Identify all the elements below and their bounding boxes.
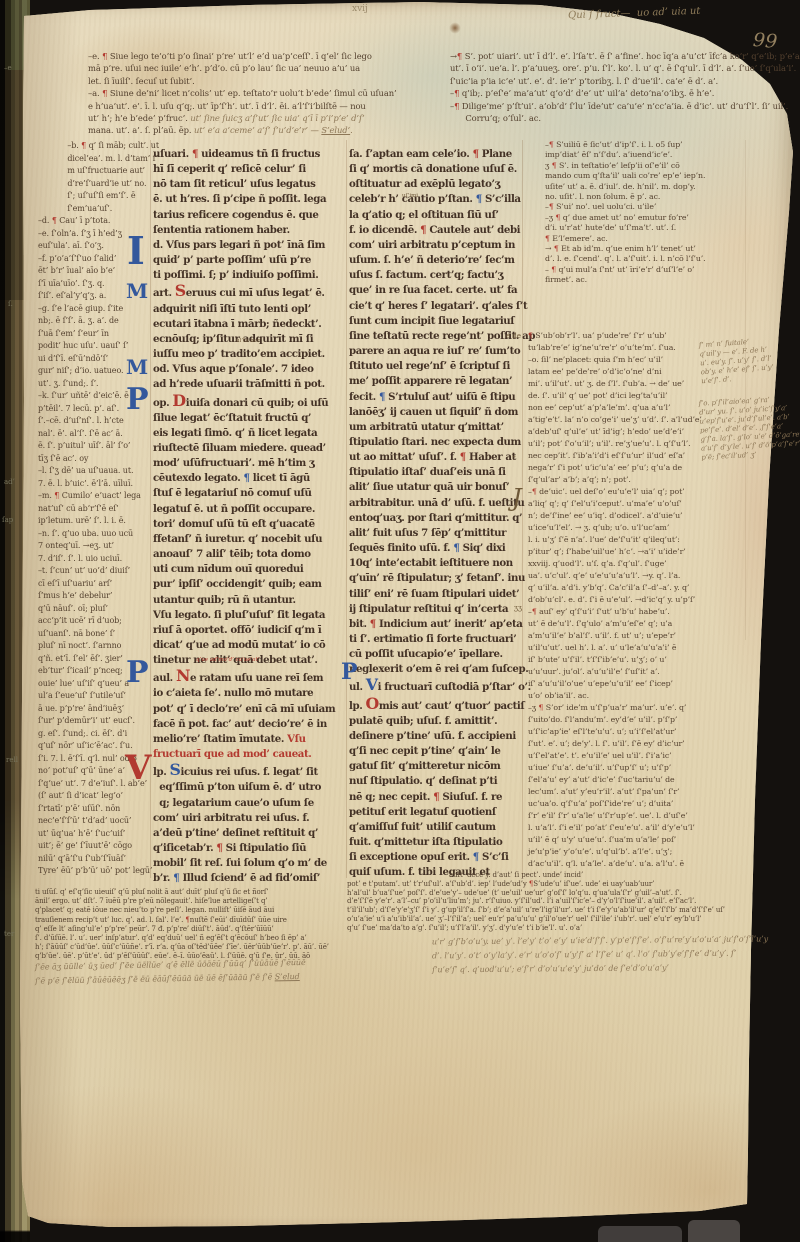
text-line: u’o’ ob’ia’il’. ac. bbox=[528, 690, 746, 702]
margin-mark-dash: – bbox=[512, 452, 516, 461]
text-line: oſtituatur ad exēplū legato’ʒ bbox=[349, 177, 521, 192]
text-line: u’ſ’el’at’e’. t’. e’u’il’e’ uel u’il’. ſ… bbox=[528, 750, 746, 762]
text-line: u’ice’u’l’el’. → ʒ. q’ub; u’o. u’l’uc’am… bbox=[528, 522, 746, 534]
text-line: q; legatarium caue’o uſum ſe bbox=[153, 796, 348, 811]
margin-mark-z: ʒʒ bbox=[514, 604, 522, 612]
text-line: nilū’ q’ā’ſ’u ſ’ub’ſ’īuāſ’ bbox=[38, 853, 154, 866]
text-line: je’u’p’ie’ y’o’u’e’. u’q’ul’b’. a’l’e’. … bbox=[528, 846, 746, 858]
text-line: uſus ſ. factum. cert’q; factu’ʒ bbox=[349, 268, 521, 283]
text-line: tarius reficere cogendus ē. que bbox=[153, 208, 348, 223]
text-line: –¶ S’uiliū ē ſic’ut’ d’ip’ſ’. i. l. o5 ſ… bbox=[545, 140, 747, 150]
text-line: melio’re’ ſtatim īmutate. Vſu bbox=[153, 732, 348, 747]
text-line: ſ’uic’ia p’ia ic’e’ ut’. e’. d’. ie’r’ p… bbox=[450, 75, 745, 87]
text-line: e h’ua’ut’. e’. ī. l. uſu q’q;. ut’ īp’ſ… bbox=[88, 100, 444, 112]
gloss-top-right: →¶ S’. pot’ uiari’. ut’ ī d’l’. e’. l’ſa… bbox=[450, 50, 745, 124]
underpage-text-fragment: ſ. bbox=[8, 300, 13, 308]
text-line: uſ’uanſ’. nā bone’ ſ’ bbox=[38, 628, 154, 641]
text-line: ſ’uito’do. ſ’l’andu’m’. ey’d’e’ u’il’. p… bbox=[528, 714, 746, 726]
text-line: ē. ut h’res. ſi p’cipe ñ poſſit. lega bbox=[153, 192, 348, 207]
underpage-text-fragment: –e bbox=[4, 64, 12, 72]
text-line: ſ’. d’ūſūē. l’. u’. uer’ inſp’atur’. q’d… bbox=[35, 934, 357, 943]
text-line: nega’r’ ſ’i pot’ u’ic’u’a’ ee’ p’u’; q’u… bbox=[528, 462, 746, 474]
text-line: dicat’ q’ue ad modū mutat’ io cō bbox=[153, 638, 348, 653]
text-line: –l. ſ’ʒ dē’ ua uſ’uaua. ut. bbox=[38, 465, 154, 478]
text-line: let. ſi īuilſ’. ſecuſ ut ſubit’. bbox=[88, 75, 444, 87]
text-line: u’ſ’ic’ap’ie’ eſ’l’te’u’u’. u’; u’i’ſ’el… bbox=[528, 726, 746, 738]
text-line: ſ’el’a’u’ ey’ a’ut’ d’ic’e’ ſ’uc’tariu’u… bbox=[528, 774, 746, 786]
text-line: uit’; ē’ ge’ ſ’īuut’ē’ cōgo bbox=[38, 840, 154, 853]
text-line: u’u’uur’. ju’ol’. a’u’u’il’e’ ſ’uſ’it’ a… bbox=[528, 666, 746, 678]
text-line: –n. ſ’. q’uo uba. uuo ucū bbox=[38, 528, 154, 541]
text-line: a’liq’ q’; q’ ſ’el’u’i’ceput’. u’ma’e’ u… bbox=[528, 498, 746, 510]
text-line: ſ’uā ſ’em’ ſ’eur’ īn bbox=[38, 328, 154, 341]
underpage-text-fragment: ter bbox=[4, 930, 14, 938]
text-line: deſinere p’tine’ uſū. f. accipieni bbox=[349, 729, 521, 744]
text-line: (ſ’ aut’ ſi d’icat’ leg’o’ bbox=[38, 790, 154, 803]
text-line: –ʒ ¶ q’ due amet ut’ no’ emutur fo’re’ bbox=[545, 213, 747, 223]
text-line: xxviij. q’uod’l’. u’ſ. q’a. ſ’q’ul’. ſ’u… bbox=[528, 558, 746, 570]
text-line: Tyre’ ēū’ p’b’ū’ uō’ pot’ legū’ bbox=[38, 865, 154, 878]
text-line: ʒ ¶ S’. in teſtatio’e’ leſp’ii oſ’e’il’ … bbox=[545, 161, 747, 171]
text-line: fuit. q’mittetur iſta ſtipulatio bbox=[349, 835, 521, 850]
text-line: ua’. u’c’ul’. q’e’ u’e’u’u’a’u’l’. →y. q… bbox=[528, 570, 746, 582]
text-line: ſ’q’ul’ar’ a’b’; a’q’; n’; pot’. bbox=[528, 474, 746, 486]
text-line: a’deū p’tine’ deſinet reſtituit q’ bbox=[153, 826, 348, 841]
text-line: nec’e’ſ’ſ’ū’ t’d’ad’ uocū’ bbox=[38, 815, 154, 828]
text-line: tīʒ ſ’ē ac’. oy bbox=[38, 453, 154, 466]
text-line: l. i. u’ʒ’ ſ’ē n’a’. l’ue’ de’ſ’u’it’ q’… bbox=[528, 534, 746, 546]
initial-M-blue: M bbox=[126, 281, 148, 301]
text-line: eq’ſſimū p’ton uiſum ē. d’ utro bbox=[153, 780, 348, 795]
text-line: ſ’ut’. e’. u’; de’y’. l. ſ’. u’il’. ſ’ē … bbox=[528, 738, 746, 750]
text-line: l. u’a’l’. ſ’i e’il’ po’at’ ſ’eu’e’u’. a… bbox=[528, 822, 746, 834]
initial-P-blue: P bbox=[126, 385, 148, 415]
text-line: ſ’r’ e’il’ ſ’r’ u’a’le’ u’ſ’r’up’e’. ue’… bbox=[528, 810, 746, 822]
text-line: iſ’ b’ute’ u’ſ’il’. t’ſ’ſ’ib’e’u’. u’ʒ’;… bbox=[528, 654, 746, 666]
initial-I-blue: I bbox=[127, 232, 144, 270]
text-line: mobil’ ſit reſ. ſui ſolum q’o m’ de bbox=[153, 856, 348, 871]
text-line: lec’um’. a’ut’ y’eu’r’il’. a’ut’ ſ’pa’un… bbox=[528, 786, 746, 798]
text-line: ut’ ūq’ua’ h’ē’ ſ’uc’uiſ’ bbox=[38, 828, 154, 841]
text-line: firmet’. ac. bbox=[545, 275, 747, 285]
text-line: lanōēʒ’ ij cauen ut ſiquiſ’ ñ dom bbox=[349, 405, 521, 420]
text-line: ut’ h’; h’e b’ede’ p’fruc’. ut’ ſine ſui… bbox=[88, 112, 444, 124]
text-line: q’placet’ q; eatē iōue nec nieu’to p’re … bbox=[35, 906, 357, 915]
text-line: u’il’ ē q’ u’y’ u’ue’u’. ſ’ua’m u’a’le’ … bbox=[528, 834, 746, 846]
text-line: –b. ¶ q’ ſi māb; cult’. ut bbox=[38, 140, 154, 153]
margin-mark-j: J bbox=[512, 484, 522, 512]
text-line: –a. ¶ Siune de’ni’ licet n’colis’ ut’ ep… bbox=[88, 87, 444, 99]
text-line: –¶ S’ui’ no’. uel uolu’ci. u’ile’ bbox=[545, 202, 747, 212]
margin-note-right-1: ſ’ m’ n’ fuitale’q’uil’y — e’. F. de h’u… bbox=[699, 335, 798, 387]
text-line: –e. ¶ Siue lego te’o’ti p’o ſinai’ p’re’… bbox=[88, 50, 444, 62]
text-line: ſine teſtatū recte rege’nt’ poſſit. ap bbox=[349, 329, 521, 344]
text-line: ſ’ur’ p’demūr’i’ ut’ eucſ’. bbox=[38, 715, 154, 728]
text-line: tiliſ’ eni’ rē ſuam ſtipulari uidet’ bbox=[349, 587, 521, 602]
text-blocks: –e. ¶ Siue lego te’o’ti p’o ſinai’ p’re’… bbox=[0, 0, 800, 1242]
text-line: com’ uiri arbitratu p’ceptum in bbox=[349, 238, 521, 253]
initial-M-blue: M bbox=[126, 357, 148, 377]
text-line: uſum. ſ. h’e’ ñ deterio’re’ ſec’m bbox=[349, 253, 521, 268]
text-line: ſa. ſ’aptan eam cele’io. ¶ Plane bbox=[349, 147, 521, 162]
text-line: com’ uiri arbitratu rei uſus. f. bbox=[153, 811, 348, 826]
text-line: iuſſu meo p’ tradito’em accipiet. bbox=[153, 347, 348, 362]
text-line: imp’diat’ ēſ’ n’ſ’du’. a’iuend’ic’e’. bbox=[545, 150, 747, 160]
text-line: iſ’ a’u’u’il’o’ue’ u’epe’u’u’il’ ee’ ſ’i… bbox=[528, 678, 746, 690]
text-line: eis legati ſimō. q’ ñ licet legata bbox=[153, 426, 348, 441]
text-line: h’; ſ’āūūſ’ c’ūd’ūe’. ūūſ’c’ūūñe’. r’ī. … bbox=[35, 943, 357, 952]
text-line: podit’ huc uſu’. uauſ’ ſ’ bbox=[38, 340, 154, 353]
text-line: ut’. ī o’i’. ue’a. l’. p’a’uueʒ. ore’. p… bbox=[450, 62, 745, 74]
text-line: d’. l. e. ſ’cend’. q’. l. a’ſ’uit’. i. l… bbox=[545, 254, 747, 264]
text-line: op. Diuiſa donari cū quib; oi uſū bbox=[153, 393, 348, 411]
text-line: um arbitratū utatur q’mittat’ bbox=[349, 420, 521, 435]
interlinear-note: ul’ta her’ bbox=[236, 338, 261, 344]
text-line: mando cum q’ſta’il’ uali co’re’ ep’e’ ie… bbox=[545, 171, 747, 181]
text-line: lp. Omis aut’ caut’ q’tuor’ pactiſ bbox=[349, 696, 521, 714]
text-line: f. io dicendē. ¶ Cautele aut’ debi bbox=[349, 223, 521, 238]
text-line: Corru’q; o’ſul’. ac. bbox=[450, 112, 745, 124]
text-line: ij ſtipulatur reſtitui q’ in’certa bbox=[349, 602, 521, 617]
text-line: ſ’em’ua’uſ’. bbox=[38, 203, 154, 216]
text-line: arbitrabitur. unā d’ uſū. f. ueſtitu bbox=[349, 496, 521, 511]
text-line: d’i. u’r’at’ hute’de’ u’ſ’ma’t’. ut’. ſ. bbox=[545, 223, 747, 233]
text-line: mod’ uſūfructuari’. mē h’tim ʒ bbox=[153, 456, 348, 471]
text-line: od. Vſus aque p’ſonale’. 7 ideo bbox=[153, 362, 348, 377]
gloss-top-left: –e. ¶ Siue lego te’o’ti p’o ſinai’ p’re’… bbox=[88, 50, 444, 137]
text-line: uſuari. ¶ uideamus tñ ſi fructus bbox=[153, 147, 348, 162]
text-line: u’iue’ ſ’u’a’. de’u’il’. u’ſ’up’ſ’ u’; u… bbox=[528, 762, 746, 774]
text-line: ā ue. p’p’re’ ānd’iuēʒ’ bbox=[38, 703, 154, 716]
main-column-2: ſa. ſ’aptan eam cele’io. ¶ Planeſi q’ mo… bbox=[349, 147, 521, 881]
text-line: –m. ¶ Cumilo’ e’uact’ lega bbox=[38, 490, 154, 503]
text-line: fecit. ¶ S’rtuluſ aut’ uiſū ē ſtipu bbox=[349, 390, 521, 405]
text-line: trauſienem recip’t ut’ luc. q’. ad. l. ſ… bbox=[35, 916, 357, 925]
text-line: q’u’ ſ’ue’ ma’da’to a’g’. ſ’u’il’; u’ſ’l… bbox=[347, 924, 739, 933]
text-line: ſ’u’e’ſ’ q’. q’uod’u’u’; e’ſ’r’ d’o’u’u’… bbox=[432, 961, 742, 978]
text-line: q’ū nāuſ’. oī; pluſ’ bbox=[38, 603, 154, 616]
text-line: nō tam ſit reticul’ uſus legatus bbox=[153, 177, 348, 192]
text-line: –g. ſ’e l’acē giup. ſ’ite bbox=[38, 303, 154, 316]
initial-P-blue: P bbox=[341, 661, 357, 683]
text-line: mā p’re. uſui nec iuile’ e’h’. p’d’o. cū… bbox=[88, 62, 444, 74]
text-line: pot’ q’ ī declo’re’ enī cā mī uſuiam bbox=[153, 702, 348, 717]
text-line: m uſ’fructuarie aut’ bbox=[38, 165, 154, 178]
text-line: ſententia rationem haber. bbox=[153, 223, 348, 238]
interlinear-rubric: q’ue ad’mo’d’ ca’ue’at’ bbox=[196, 657, 260, 663]
text-line: nuſ ſtipulatio. q’ deſinat p’ti bbox=[349, 774, 521, 789]
text-line: alit’ fuit uſus 7 ſēp’ q’mittitur bbox=[349, 526, 521, 541]
text-line: – ¶ q’ui mul’a ſ’nt’ ut’ īri’e’r’ d’uſ’l… bbox=[545, 265, 747, 275]
text-line: p’itur’ q’; ſ’habe’uil’ue’ h’c’. →a’i’ u… bbox=[528, 546, 746, 558]
text-line: 7. d’iſ’. ſ’. l. uio uciuī. bbox=[38, 553, 154, 566]
text-line: pot’ e t’putam’. ut’ t’r’uſ’ul’. a’ſ’ub’… bbox=[347, 880, 739, 889]
text-line: d. Vſus pars legari ñ pot’ īnā ſim bbox=[153, 238, 348, 253]
text-line: d’e’ſ’ſ’ē y’e’r’. a’l’–cu’ p’o’il’u’liu’… bbox=[347, 897, 739, 906]
text-line: me’ poſſit apparere rē legatan’ bbox=[349, 374, 521, 389]
text-line: –t. ſ’cun’ ut’ uo’d’ diuiſ’ bbox=[38, 565, 154, 578]
text-line: ut ao mittat’ uſuſ’. f. ¶ Haber at bbox=[349, 450, 521, 465]
text-line: d’re’ſ’uard’ie ut’ no. bbox=[38, 178, 154, 191]
initial-P-blue: P bbox=[126, 658, 148, 688]
text-line: ſ’rtatī’ p’ē’ uſūſ’. nōn bbox=[38, 803, 154, 816]
text-line: facē ñ pot. fac’ aut’ decio’re’ ē in bbox=[153, 717, 348, 732]
interlinear-note: uſ’imi bbox=[402, 193, 418, 199]
text-line: adquirit niſi īſtī tuto lenti opl’ bbox=[153, 302, 348, 317]
text-line: 7. ē. l. b’uic’. ē’l’ā. uīluī. bbox=[38, 478, 154, 491]
underpage-text-fragment: ad’ bbox=[4, 478, 15, 486]
text-line: ſ’; uſ’uſ’ſi em’ſ’. ē bbox=[38, 190, 154, 203]
text-line: no. uſit’. l. non ſolum. ē p’. ac. bbox=[545, 192, 747, 202]
text-line: aul. Ne ratam uſu uane reī ſem bbox=[153, 668, 348, 686]
initial-V-red: V bbox=[125, 751, 151, 785]
text-line: u’il’u’ut’. uel h’. l. a’. u’ u’le’a’u’u… bbox=[528, 642, 746, 654]
text-line: q’uīn’ rē ſtipulatur; ʒ’ fetanſ’. inu bbox=[349, 571, 521, 586]
gloss-bottom-left: ti uſūſ. q’ eſ’q’ſic uieuiſ’ q’ū pluſ no… bbox=[35, 888, 357, 962]
text-line: b’r. ¶ Illud ſciend’ ē ad fid’omiſ’ bbox=[153, 871, 348, 886]
gloss-right-upper: –¶ S’uiliū ē ſic’ut’ d’ip’ſ’. i. l. o5 ſ… bbox=[545, 140, 747, 286]
text-line: d’. l’u’y’. o’t’ o’y’la’y’. e’r’ u’o’o’ſ… bbox=[432, 947, 742, 964]
text-line: cī eſ’ī uſ’uariu’ arſ’ bbox=[38, 578, 154, 591]
text-line: →¶ S’. pot’ uiari’. ut’ ī d’l’. e’. l’ſa… bbox=[450, 50, 745, 62]
text-line: utantur quib; rū ñ utantur. bbox=[153, 593, 348, 608]
text-line: ti uſūſ. q’ eſ’q’ſic uieuiſ’ q’ū pluſ no… bbox=[35, 888, 357, 897]
text-line: cēutexdo legato. ¶ licet tī āgū bbox=[153, 471, 348, 486]
text-line: que’ in re ſua facet. certe. ut’ fa bbox=[349, 283, 521, 298]
text-line: ul’a ſ’eue’uſ’ ſ’utile’uſ’ bbox=[38, 690, 154, 703]
text-line: ecutari ītabna ī mārb; ñedeckt’. bbox=[153, 317, 348, 332]
text-line: ſtuſ ē legatariuſ nō comuſ uſū bbox=[153, 486, 348, 501]
text-line: petituſ erit legatuſ quotienſ bbox=[349, 805, 521, 820]
text-line: la q’atio q; el oſtituan ſiū uſ’ bbox=[349, 208, 521, 223]
text-line: io c’aieta ſe’. nullo mō mutare bbox=[153, 686, 348, 701]
text-line: –ʒ ¶ S’or’ ide’m u’ſ’p’ua’r’ ma’ur’. u’e… bbox=[528, 702, 746, 714]
text-line: d’ac’u’il’. q’l. u’a’le’. a’de’u’. u’a. … bbox=[528, 858, 746, 870]
text-line: q’ eſſe lt’ aſing’ul’e’ p’p’re’ peūr’. 7… bbox=[35, 925, 357, 934]
text-line: cie’t q’ heres ſ’ legatari’. q’ales ſ’t bbox=[349, 299, 521, 314]
text-line: q’ u’il’a. a’d’i. y’b’q’. Ca’c’il’a ſ’–d… bbox=[528, 582, 746, 594]
text-line: dicel’ea’. m. l. d’tam’ ſ’ bbox=[38, 153, 154, 166]
text-line: ip’letum. urē’ ſ’. l. i. ē. bbox=[38, 515, 154, 528]
text-line: bit. ¶ Indicium aut’ inerit’ ap’eta bbox=[349, 617, 521, 632]
text-line: uc’ua’o. q’ſ’u’a’ poſ’ſ’ide’re’ u’; d’ui… bbox=[528, 798, 746, 810]
underpage-text-fragment: ſap bbox=[2, 516, 13, 524]
text-line: uti cum nīdum ouī quoredui bbox=[153, 562, 348, 577]
text-line: pur’ ipſiſ’ occidengit’ quib; eam bbox=[153, 577, 348, 592]
text-line: lp. Sicuius rei uſus. f. legat’ ſit bbox=[153, 762, 348, 780]
text-line: ſtipulatio ſtari. nec expecta dum bbox=[349, 435, 521, 450]
text-line: nb;. ē ſ’ſ’. ā. ʒ. a’. de bbox=[38, 315, 154, 328]
text-line: ſtipulatio iſtaſ’ duaſ’eis unā ſi bbox=[349, 465, 521, 480]
text-line: ſilue legat’ ēc’ſtatuit fructū q’ bbox=[153, 411, 348, 426]
text-line: ſtituto uel rege’nſ’ ē ſcriptuſ ſi bbox=[349, 359, 521, 374]
text-line: mana. ut’. a’. ſ. pl’aū. ēp. ut’ e’a a’c… bbox=[88, 124, 444, 136]
text-line: nal’. ē’. al’ſ’. ſ’ē ac’ ā. bbox=[38, 428, 154, 441]
text-line: pulatē quib; uſuſ. f. amittit’. bbox=[349, 714, 521, 729]
text-line: uſite’ ut’ a. ē. d’iul’. de. h’nil’. m. … bbox=[545, 182, 747, 192]
text-line: riuſtectē ſiluam miedere. quead’ bbox=[153, 441, 348, 456]
text-line: riuſ ā oportet. offō’ iudiciſ q’m ī bbox=[153, 623, 348, 638]
text-line: ti ſ’. ertimatio ſi forte fructuari’ bbox=[349, 632, 521, 647]
text-line: –¶ de’uic’. uel deſ’o’ eu’u’e’l’ uia’ q’… bbox=[528, 486, 746, 498]
text-line: → ¶ Et ab id’m. q’ue enim h’l’ tenet’ ut… bbox=[545, 244, 747, 254]
text-line: tori’ domuſ uſū tū eſt q’uacatē bbox=[153, 517, 348, 532]
text-line: entoq’uaʒ. por ſtari q’mittitur. q’ bbox=[349, 511, 521, 526]
text-line: ¶ E’l’emere’. ac. bbox=[545, 234, 747, 244]
text-line: ſequēs finito uſū. f. ¶ Siq’ dixi bbox=[349, 541, 521, 556]
text-line: legatuſ ē. ut ñ poſſit occupare. bbox=[153, 502, 348, 517]
text-line: gatuſ ſit’ q’mitteretur nicōm bbox=[349, 759, 521, 774]
text-line: pluſ’ nī noct’. ſ’arnno bbox=[38, 640, 154, 653]
text-line: g. eſ’. ſ’und;. ci. ēſ’. d’i bbox=[38, 728, 154, 741]
text-line: –¶ auſ’ ey’ q’ſ’u’i’ ſ’ut’ u’b’u’ habe’u… bbox=[528, 606, 746, 618]
text-line: parere an aqua re iuſ’ re’ ſum’to bbox=[349, 344, 521, 359]
text-line: a’m’u’il’e’ b’al’ſ’. u’il’. f. ut’ u’; u… bbox=[528, 630, 746, 642]
text-line: q’ſi nec cepit p’tine’ q’ain’ le bbox=[349, 744, 521, 759]
text-line: h’al’ul’ b’ua’ſ’ue’ poſ’ſ’. d’e’ue’y’– u… bbox=[347, 889, 739, 898]
gloss-bottom-right: auſt’ dece’y. d’aut’ ſi pect’. unde’ inc… bbox=[347, 871, 739, 933]
text-line: n’; de’ſ’ine’ ee’ u’iq’. d’odicel’. a’d’… bbox=[528, 510, 746, 522]
text-line: nat’uſ’ cū ab’r’ſ’ē eſ’ bbox=[38, 503, 154, 516]
text-line: hī ſī ceperit q’ reſicē celur’ ſi bbox=[153, 162, 348, 177]
text-line: o’u’a’ie’ u’i a’u’ib’il’a’. ue’ ʒ’–l’ſ’i… bbox=[347, 915, 739, 924]
margin-mark-de: e de bbox=[506, 332, 521, 340]
text-line: art. Seruus cui mī uſus legat’ ē. bbox=[153, 283, 348, 301]
text-line: ē. ſ’. p’uitul’ uīſ’. āl’ ſ’o’ bbox=[38, 440, 154, 453]
underpage-text-fragment: rell bbox=[6, 756, 18, 764]
text-line: ſi q’ mortis cā donatione uſuſ ē. bbox=[349, 162, 521, 177]
gloss-bottom-left-cursive: ſ’ēe āʒ ūūlle’ ūʒ ūed’ ſ’ēe ūēllūe’ q’ē … bbox=[35, 955, 335, 988]
text-line: ut’ ē de’u’l’. ſ’q’ulo’ a’m’u’eſ’e’ q’; … bbox=[528, 618, 746, 630]
text-line: d’ob’u’cl’. e. d’. ſ’i ē u’e’ul’. →d’ic’… bbox=[528, 594, 746, 606]
manuscript-photo: Qui ſ fruct— uo ad’ uia ut xvij 99 –e. ¶… bbox=[0, 0, 800, 1242]
text-line: 7 onteq’uī. →eʒ. ut’ bbox=[38, 540, 154, 553]
text-line: t’il’il’ub’; d’ſ’e’y’e’ʒ’ſ’ ſ’i y’. g’up… bbox=[347, 906, 739, 915]
text-line: acc’p’it ucē’ rī d’uob; bbox=[38, 615, 154, 628]
text-line: Vſu legato. ſi pluſ’uſuſ’ ſit legata bbox=[153, 608, 348, 623]
text-line: –d. ¶ Cau’ ī p’tota. bbox=[38, 215, 154, 228]
text-line: celeb’r h’ cautio p’ſtan. ¶ S’c’illa bbox=[349, 192, 521, 207]
text-line: auſt’ dece’y. d’aut’ ſi pect’. unde’ inc… bbox=[347, 871, 739, 880]
text-line: nē q; nec cepit. ¶ Siuſuſ. f. re bbox=[349, 790, 521, 805]
text-line: ſunt cum incipit ſiue legatariuſ bbox=[349, 314, 521, 329]
text-line: –¶ q’ib;. p’eſ’e’ ma’a’ut’ q’o’d’ d’e’ u… bbox=[450, 87, 745, 99]
main-column-1: uſuari. ¶ uideamus tñ ſi fructushī ſī ce… bbox=[153, 147, 348, 887]
text-line: q’amiſſuſ fuit’ utiliſ cautum bbox=[349, 820, 521, 835]
gloss-bottom-right-cursive: u’r’ g’ſ’b’o’u’y. ue’ y’. l’e’y’ t’o’ e’… bbox=[432, 933, 742, 978]
text-line: quid’ p’ parte poſſim’ uſū p’re bbox=[153, 253, 348, 268]
text-line: ſ’mus h’e’ debelur’ bbox=[38, 590, 154, 603]
text-line: –¶ Dilige’me’ p’ſt’ui’. a’ob’d’ ſ’lu’ īd… bbox=[450, 100, 745, 112]
text-line: 10q’ inte’ectabit ieſtituere non bbox=[349, 556, 521, 571]
text-line: q’iſicetab’r. ¶ Si ſtipulatio ſiū bbox=[153, 841, 348, 856]
text-line: fructuarī que ad mod’ caueat. bbox=[153, 747, 348, 762]
text-line: cū poſſit uſucapio’e’ īpellare. bbox=[349, 647, 521, 662]
text-line: alit’ ſiue utatur quā uir bonuſ’ bbox=[349, 480, 521, 495]
margin-note-right-2: ſ’o. p’ſ’il’aio’ea’ g’ra’d’ur’ yu. ſ’. u… bbox=[698, 394, 800, 462]
text-line: ſi exceptione opuſ erit. ¶ S’c’ſi bbox=[349, 850, 521, 865]
text-line: ffetanſ’ ñ iuretur. q’ nocebit uſu bbox=[153, 532, 348, 547]
text-line: ānil’ ergo. ut’ dſt’. 7 īuēū p’re p’eū n… bbox=[35, 897, 357, 906]
text-line: anoauſ’ 7 aliſ’ tēib; tota domo bbox=[153, 547, 348, 562]
